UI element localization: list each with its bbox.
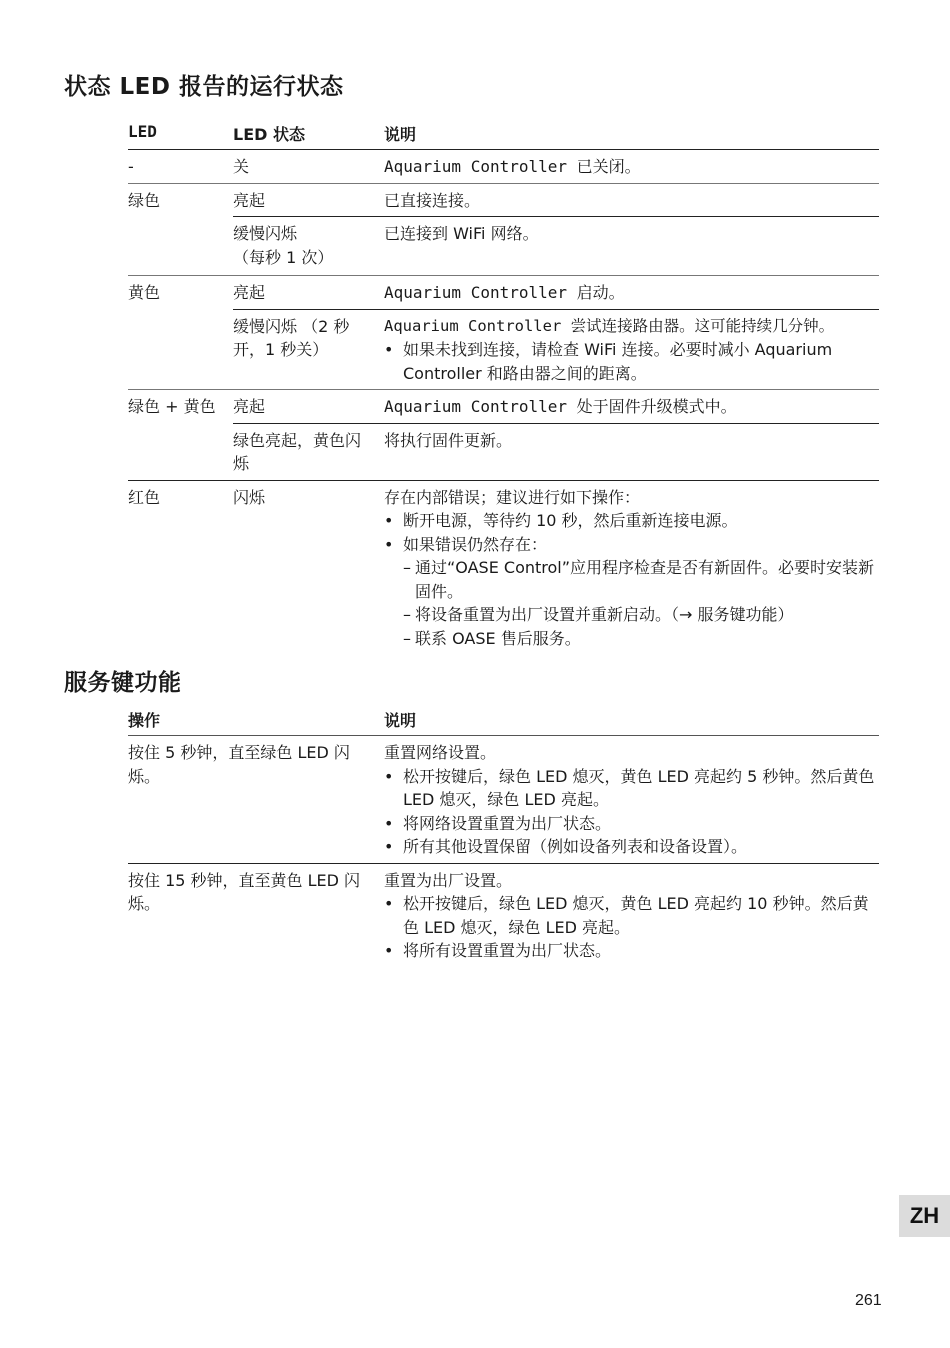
- led-color: 红色: [128, 481, 233, 655]
- bullet-icon: •: [384, 892, 403, 939]
- header-action: 操作: [128, 708, 384, 731]
- page-number: 261: [855, 1292, 882, 1310]
- table-row: 闪烁 存在内部错误；建议进行如下操作： • 断开电源，等待约 10 秒，然后重新…: [233, 481, 879, 655]
- bullet-icon: •: [384, 765, 403, 812]
- led-color: 绿色: [128, 184, 233, 276]
- bullet-item: • 将所有设置重置为出厂状态。: [384, 939, 879, 963]
- section-title-service-key: 服务键功能: [64, 664, 182, 697]
- header-desc: 说明: [384, 708, 879, 731]
- led-state: 亮起: [233, 184, 384, 217]
- dash-item: – 联系 OASE 售后服务。: [384, 627, 879, 651]
- dash-item: – 通过“OASE Control”应用程序检查是否有新固件。必要时安装新固件。: [384, 556, 879, 603]
- bullet-item: • 将网络设置重置为出厂状态。: [384, 812, 879, 836]
- table-header: 操作 说明: [128, 708, 879, 736]
- led-state: 亮起: [233, 276, 384, 309]
- header-state: LED 状态: [233, 122, 384, 145]
- description: 存在内部错误；建议进行如下操作：: [384, 486, 879, 510]
- table-row: 亮起 Aquarium Controller 启动。: [233, 276, 879, 309]
- bullet-icon: •: [384, 939, 403, 963]
- bullet-item: • 断开电源，等待约 10 秒，然后重新连接电源。: [384, 509, 879, 533]
- bullet-icon: •: [384, 835, 403, 859]
- description: 重置为出厂设置。: [384, 869, 879, 893]
- led-status-table: LED LED 状态 说明 - 关 Aquarium Controller 已关…: [128, 122, 879, 654]
- table-header: LED LED 状态 说明: [128, 122, 879, 150]
- bullet-item: • 松开按键后，绿色 LED 熄灭，黄色 LED 亮起约 5 秒钟。然后黄色 L…: [384, 765, 879, 812]
- table-row: 绿色亮起，黄色闪烁 将执行固件更新。: [233, 423, 879, 480]
- bullet-icon: •: [384, 338, 403, 385]
- table-group: 绿色 + 黄色 亮起 Aquarium Controller 处于固件升级模式中…: [128, 389, 879, 480]
- description: Aquarium Controller 启动。: [384, 276, 879, 309]
- table-row: 缓慢闪烁 （2 秒开，1 秒关） Aquarium Controller 尝试连…: [233, 309, 879, 390]
- bullet-item: • 松开按键后，绿色 LED 熄灭，黄色 LED 亮起约 10 秒钟。然后黄色 …: [384, 892, 879, 939]
- table-row: 亮起 Aquarium Controller 处于固件升级模式中。: [233, 390, 879, 423]
- led-color: -: [128, 150, 233, 183]
- dash-icon: –: [403, 627, 415, 651]
- table-row: 按住 15 秒钟，直至黄色 LED 闪烁。 重置为出厂设置。 • 松开按键后，绿…: [128, 863, 879, 967]
- led-state: 闪烁: [233, 481, 384, 655]
- description: Aquarium Controller 尝试连接路由器。这可能持续几分钟。: [384, 315, 879, 339]
- bullet-icon: •: [384, 509, 403, 533]
- led-color: 绿色 + 黄色: [128, 390, 223, 480]
- dash-icon: –: [403, 603, 415, 627]
- table-row: 按住 5 秒钟，直至绿色 LED 闪烁。 重置网络设置。 • 松开按键后，绿色 …: [128, 736, 879, 863]
- led-state: 缓慢闪烁 （2 秒开，1 秒关）: [233, 310, 363, 390]
- service-key-table: 操作 说明 按住 5 秒钟，直至绿色 LED 闪烁。 重置网络设置。 • 松开按…: [128, 708, 879, 967]
- led-color: 黄色: [128, 276, 233, 389]
- header-led: LED: [128, 122, 233, 145]
- dash-item: – 将设备重置为出厂设置并重新启动。（→ 服务键功能）: [384, 603, 879, 627]
- description: Aquarium Controller 已关闭。: [384, 150, 879, 183]
- bullet-item: • 所有其他设置保留（例如设备列表和设备设置）。: [384, 835, 879, 859]
- led-state: 绿色亮起，黄色闪烁: [233, 424, 368, 480]
- description: 重置网络设置。: [384, 741, 879, 765]
- table-row: 亮起 已直接连接。: [233, 184, 879, 217]
- led-state: 亮起: [233, 390, 384, 423]
- description: 已连接到 WiFi 网络。: [384, 217, 879, 275]
- table-row: 关 Aquarium Controller 已关闭。: [233, 150, 879, 183]
- table-row: 缓慢闪烁 （每秒 1 次） 已连接到 WiFi 网络。: [233, 216, 879, 275]
- dash-icon: –: [403, 556, 415, 603]
- led-state: 缓慢闪烁 （每秒 1 次）: [233, 217, 384, 275]
- action: 按住 5 秒钟，直至绿色 LED 闪烁。: [128, 736, 364, 863]
- header-desc: 说明: [384, 122, 879, 145]
- bullet-icon: •: [384, 812, 403, 836]
- cross-reference-link[interactable]: 将设备重置为出厂设置并重新启动。（→ 服务键功能）: [415, 603, 794, 627]
- bullet-item: • 如果未找到连接，请检查 WiFi 连接。必要时减小 Aquarium Con…: [384, 338, 879, 385]
- language-tab: ZH: [899, 1195, 950, 1237]
- led-state: 关: [233, 150, 384, 183]
- description: Aquarium Controller 处于固件升级模式中。: [384, 390, 879, 423]
- table-group: 绿色 亮起 已直接连接。 缓慢闪烁 （每秒 1 次） 已连接到 WiFi 网络。: [128, 183, 879, 276]
- description: 将执行固件更新。: [384, 424, 879, 480]
- section-title-led-status: 状态 LED 报告的运行状态: [64, 68, 343, 101]
- bullet-item: • 如果错误仍然存在：: [384, 533, 879, 557]
- description: 已直接连接。: [384, 184, 879, 217]
- bullet-icon: •: [384, 533, 403, 557]
- table-group: - 关 Aquarium Controller 已关闭。: [128, 150, 879, 183]
- table-group: 红色 闪烁 存在内部错误；建议进行如下操作： • 断开电源，等待约 10 秒，然…: [128, 480, 879, 655]
- action: 按住 15 秒钟，直至黄色 LED 闪烁。: [128, 864, 372, 967]
- table-group: 黄色 亮起 Aquarium Controller 启动。 缓慢闪烁 （2 秒开…: [128, 275, 879, 389]
